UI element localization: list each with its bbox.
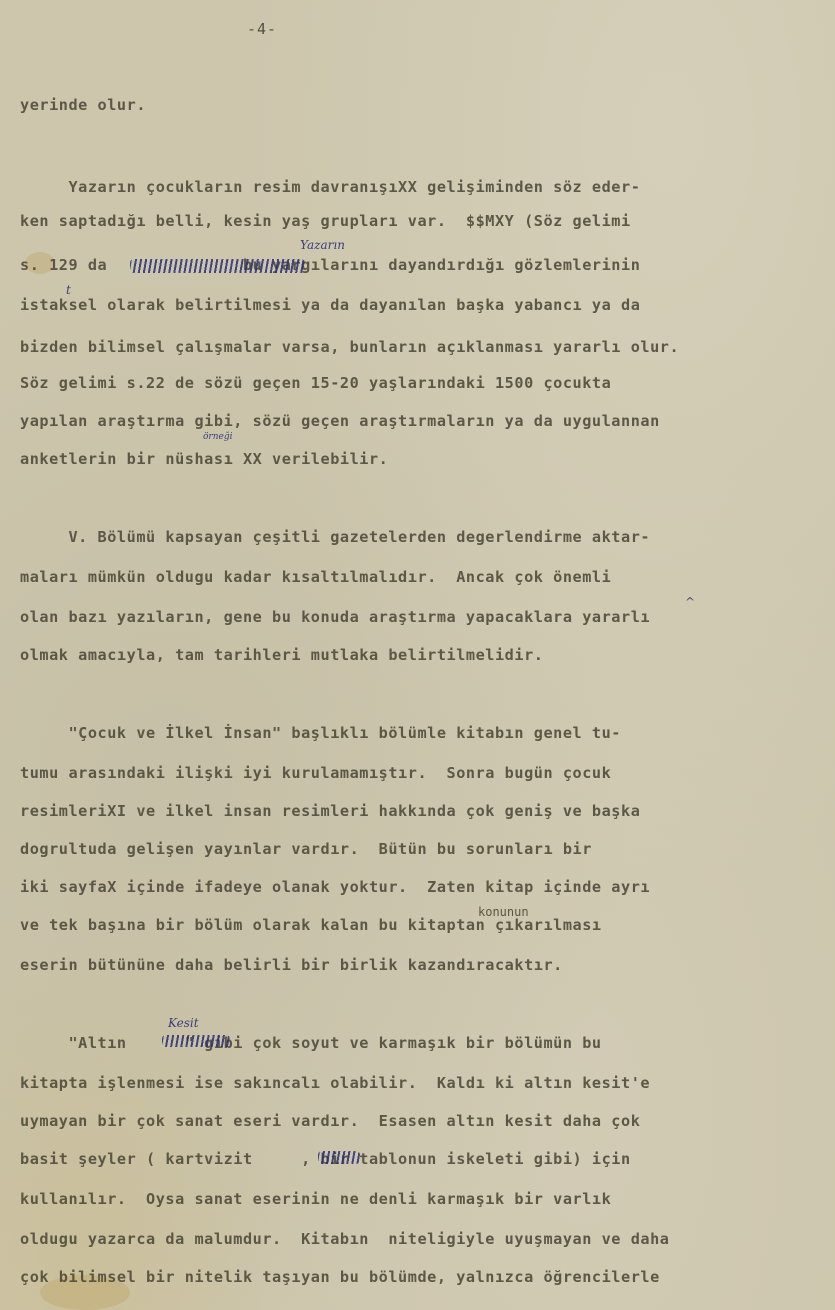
text-line: ken saptadığı belli, kesin yaş grupları … [20,212,631,230]
text-line: olmak amacıyla, tam tarihleri mutlaka be… [20,646,543,664]
text-line: dogrultuda gelişen yayınlar vardır. Bütü… [20,840,592,858]
text-line: "Çocuk ve İlkel İnsan" başlıklı bölümle … [20,724,621,742]
text-line: iki sayfaX içinde ifadeye olanak yoktur.… [20,878,650,896]
text-line: V. Bölümü kapsayan çeşitli gazetelerden … [20,528,650,546]
text-line: olan bazı yazıların, gene bu konuda araş… [20,608,650,626]
text-line: bizden bilimsel çalışmalar varsa, bunlar… [20,338,679,356]
handwritten-correction: örneği [203,432,232,442]
text-line: uymayan bir çok sanat eseri vardır. Esas… [20,1112,640,1130]
text-line: yapılan araştırma gibi, sözü geçen araşt… [20,412,660,430]
text-line: anketlerin bir nüshası XX verilebilir. [20,450,388,468]
text-line: çok bilimsel bir nitelik taşıyan bu bölü… [20,1268,660,1286]
text-line: yerinde olur. [20,96,146,114]
strikethrough-scribble [130,259,305,273]
strikethrough-scribble [318,1151,360,1164]
handwritten-correction: konunun [478,905,529,919]
handwritten-correction: Yazarın [300,238,345,252]
text-line: s. 129 da bu yargılarını dayandırdığı gö… [20,256,640,274]
document-page: -4- yerinde olur. Yazarın çocukların res… [0,0,835,1310]
text-line: oldugu yazarca da malumdur. Kitabın nite… [20,1230,669,1248]
text-line: kitapta işlenmesi ise sakıncalı olabilir… [20,1074,650,1092]
page-number: -4- [247,20,277,38]
strikethrough-scribble [162,1035,230,1047]
text-line: Yazarın çocukların resim davranışıXX gel… [20,178,640,196]
handwritten-caret: ^ [685,595,695,609]
text-line: istaksel olarak belirtilmesi ya da dayan… [20,296,640,314]
text-line: Söz gelimi s.22 de sözü geçen 15-20 yaşl… [20,374,611,392]
text-line: resimleriXI ve ilkel insan resimleri hak… [20,802,640,820]
text-line: "Altın " gibi çok soyut ve karmaşık bir … [20,1034,602,1052]
handwritten-correction: Kesit [168,1016,199,1030]
handwritten-correction: t [66,283,71,297]
text-line: kullanılır. Oysa sanat eserinin ne denli… [20,1190,611,1208]
text-line: tumu arasındaki ilişki iyi kurulamamıştı… [20,764,611,782]
text-line: eserin bütününe daha belirli bir birlik … [20,956,563,974]
text-line: maları mümkün oldugu kadar kısaltılmalıd… [20,568,611,586]
